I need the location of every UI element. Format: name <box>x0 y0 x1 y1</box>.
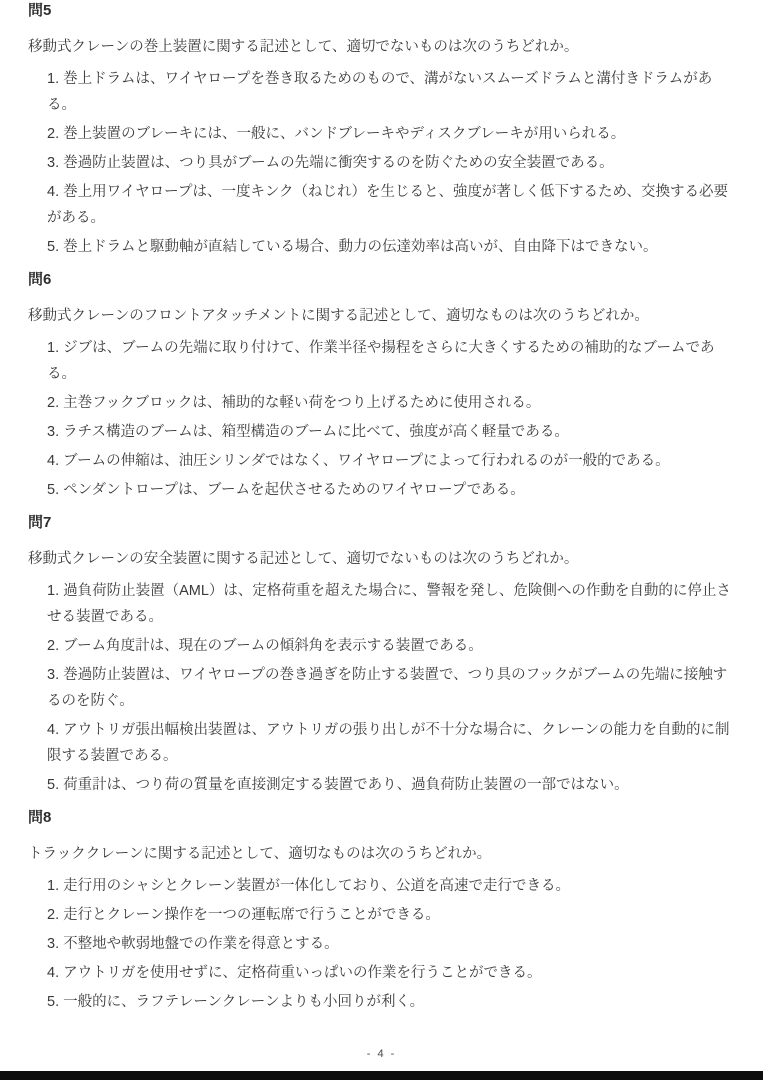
option-item: 3. 巻過防止装置は、ワイヤロープの巻き過ぎを防止する装置で、つり具のフックがブ… <box>47 662 737 714</box>
option-list: 1. 過負荷防止装置（AML）は、定格荷重を超えた場合に、警報を発し、危険側への… <box>47 578 737 798</box>
question-block: 問8 トラッククレーンに関する記述として、適切なものは次のうちどれか。 1. 走… <box>28 808 737 1015</box>
option-item: 5. ペンダントロープは、ブームを起伏させるためのワイヤロープである。 <box>47 477 737 503</box>
question-number: 問7 <box>28 513 737 533</box>
question-prompt: トラッククレーンに関する記述として、適切なものは次のうちどれか。 <box>28 841 737 867</box>
option-item: 3. 不整地や軟弱地盤での作業を得意とする。 <box>47 931 737 957</box>
option-item: 4. 巻上用ワイヤロープは、一度キンク（ねじれ）を生じると、強度が著しく低下する… <box>47 179 737 231</box>
option-item: 2. 巻上装置のブレーキには、一般に、バンドブレーキやディスクブレーキが用いられ… <box>47 121 737 147</box>
question-prompt: 移動式クレーンのフロントアタッチメントに関する記述として、適切なものは次のうちど… <box>28 303 737 329</box>
questions: 問5 移動式クレーンの巻上装置に関する記述として、適切でないものは次のうちどれか… <box>0 0 763 1015</box>
option-item: 4. ブームの伸縮は、油圧シリンダではなく、ワイヤロープによって行われるのが一般… <box>47 448 737 474</box>
option-item: 4. アウトリガを使用せずに、定格荷重いっぱいの作業を行うことができる。 <box>47 960 737 986</box>
option-item: 3. ラチス構造のブームは、箱型構造のブームに比べて、強度が高く軽量である。 <box>47 419 737 445</box>
question-block: 問7 移動式クレーンの安全装置に関する記述として、適切でないものは次のうちどれか… <box>28 513 737 798</box>
question-number: 問6 <box>28 270 737 290</box>
option-item: 1. 過負荷防止装置（AML）は、定格荷重を超えた場合に、警報を発し、危険側への… <box>47 578 737 630</box>
option-item: 2. ブーム角度計は、現在のブームの傾斜角を表示する装置である。 <box>47 633 737 659</box>
option-item: 1. ジブは、ブームの先端に取り付けて、作業半径や揚程をさらに大きくするための補… <box>47 335 737 387</box>
option-item: 1. 走行用のシャシとクレーン装置が一体化しており、公道を高速で走行できる。 <box>47 873 737 899</box>
option-list: 1. 巻上ドラムは、ワイヤロープを巻き取るためのもので、溝がないスムーズドラムと… <box>47 66 737 260</box>
option-item: 1. 巻上ドラムは、ワイヤロープを巻き取るためのもので、溝がないスムーズドラムと… <box>47 66 737 118</box>
question-prompt: 移動式クレーンの巻上装置に関する記述として、適切でないものは次のうちどれか。 <box>28 34 737 60</box>
option-item: 5. 巻上ドラムと駆動軸が直結している場合、動力の伝達効率は高いが、自由降下はで… <box>47 234 737 260</box>
option-list: 1. 走行用のシャシとクレーン装置が一体化しており、公道を高速で走行できる。2.… <box>47 873 737 1015</box>
question-number: 問5 <box>28 1 737 21</box>
question-block: 問5 移動式クレーンの巻上装置に関する記述として、適切でないものは次のうちどれか… <box>28 1 737 260</box>
screen-bottom-bar <box>0 1071 763 1080</box>
option-item: 5. 荷重計は、つり荷の質量を直接測定する装置であり、過負荷防止装置の一部ではな… <box>47 772 737 798</box>
question-number: 問8 <box>28 808 737 828</box>
option-item: 2. 主巻フックブロックは、補助的な軽い荷をつり上げるために使用される。 <box>47 390 737 416</box>
document-page: 問5 移動式クレーンの巻上装置に関する記述として、適切でないものは次のうちどれか… <box>0 0 763 1080</box>
page-number: - 4 - <box>0 1048 763 1060</box>
option-list: 1. ジブは、ブームの先端に取り付けて、作業半径や揚程をさらに大きくするための補… <box>47 335 737 503</box>
option-item: 5. 一般的に、ラフテレーンクレーンよりも小回りが利く。 <box>47 989 737 1015</box>
option-item: 4. アウトリガ張出幅検出装置は、アウトリガの張り出しが不十分な場合に、クレーン… <box>47 717 737 769</box>
question-block: 問6 移動式クレーンのフロントアタッチメントに関する記述として、適切なものは次の… <box>28 270 737 503</box>
option-item: 3. 巻過防止装置は、つり具がブームの先端に衝突するのを防ぐための安全装置である… <box>47 150 737 176</box>
option-item: 2. 走行とクレーン操作を一つの運転席で行うことができる。 <box>47 902 737 928</box>
question-prompt: 移動式クレーンの安全装置に関する記述として、適切でないものは次のうちどれか。 <box>28 546 737 572</box>
